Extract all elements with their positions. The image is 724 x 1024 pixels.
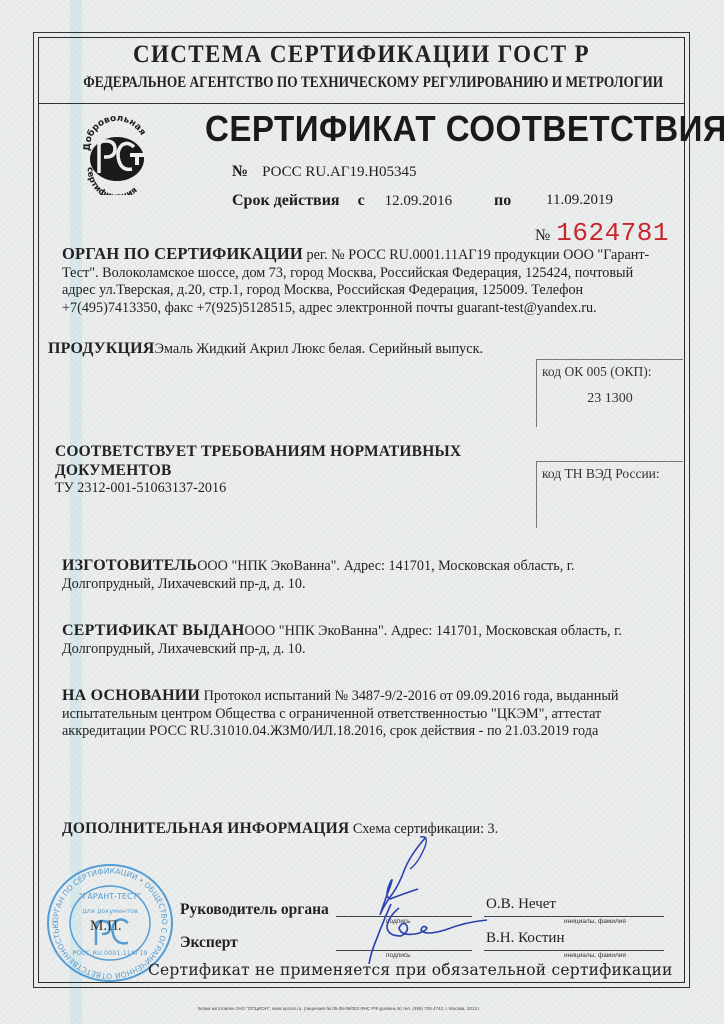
- validity-period: Срок действияс12.09.2016 по 11.09.2019: [232, 192, 452, 210]
- manufacturer-section: ИЗГОТОВИТЕЛЬООО "НПК ЭкоВанна". Адрес: 1…: [62, 557, 662, 593]
- head-name: О.В. Нечет: [486, 896, 556, 913]
- svg-text:"ГАРАНТ-ТЕСТ": "ГАРАНТ-ТЕСТ": [79, 892, 141, 901]
- number-sign: №: [232, 163, 248, 180]
- conformity-section: СООТВЕТСТВУЕТ ТРЕБОВАНИЯМ НОРМАТИВНЫХ ДО…: [55, 443, 545, 498]
- validity-label: Срок действия: [232, 192, 340, 209]
- issued-to-label: СЕРТИФИКАТ ВЫДАН: [62, 622, 245, 639]
- product-label: ПРОДУКЦИЯ: [48, 340, 155, 357]
- certification-body-label: ОРГАН ПО СЕРТИФИКАЦИИ: [62, 244, 303, 263]
- certificate-title: СЕРТИФИКАТ СООТВЕТСТВИЯ: [205, 108, 724, 150]
- blank-serial-number: №1624781: [535, 218, 669, 248]
- agency-name: ФЕДЕРАЛЬНОЕ АГЕНТСТВО ПО ТЕХНИЧЕСКОМУ РЕ…: [83, 74, 639, 92]
- certificate-number: №РОСС RU.АГ19.Н05345: [232, 163, 417, 181]
- okp-code-box: код ОК 005 (ОКП): 23 1300: [536, 359, 683, 427]
- expert-label: Эксперт: [180, 934, 238, 952]
- product-section: ПРОДУКЦИЯЭмаль Жидкий Акрил Люкс белая. …: [48, 340, 648, 359]
- conformity-label: СООТВЕТСТВУЕТ ТРЕБОВАНИЯМ НОРМАТИВНЫХ ДО…: [55, 443, 461, 479]
- additional-info-label: ДОПОЛНИТЕЛЬНАЯ ИНФОРМАЦИЯ: [62, 820, 349, 837]
- expert-signature-line: [336, 950, 472, 951]
- blank-number-sign: №: [535, 227, 550, 244]
- expert-name-caption: инициалы, фамилия: [564, 952, 626, 959]
- head-signature-caption: подпись: [386, 918, 411, 925]
- okp-code-value: 23 1300: [537, 391, 683, 407]
- head-of-body-label: Руководитель органа: [180, 901, 329, 919]
- printer-imprint: Бланк изготовлен ЗАО "ОПЦИОН", www.opcio…: [198, 1006, 481, 1011]
- svg-text:РОСС RU.0001.11АГ19: РОСС RU.0001.11АГ19: [72, 949, 147, 957]
- from-label: с: [358, 192, 365, 209]
- expert-signature-caption: подпись: [386, 952, 411, 959]
- to-date: 11.09.2019: [546, 192, 613, 209]
- stamp-place-label: М.П.: [90, 918, 122, 935]
- tnved-code-box: код ТН ВЭД России:: [536, 461, 683, 528]
- okp-code-label: код ОК 005 (ОКП):: [537, 360, 683, 380]
- head-name-line: [484, 916, 664, 917]
- expert-name: В.Н. Костин: [486, 930, 565, 947]
- issued-to-section: СЕРТИФИКАТ ВЫДАНООО "НПК ЭкоВанна". Адре…: [62, 622, 662, 658]
- expert-name-line: [484, 950, 664, 951]
- voluntary-only-note: Сертификат не применяется при обязательн…: [148, 961, 673, 979]
- rst-voluntary-certification-logo-icon: Добровольная сертификация: [82, 115, 152, 195]
- blank-number-value: 1624781: [556, 218, 669, 248]
- additional-info-section: ДОПОЛНИТЕЛЬНАЯ ИНФОРМАЦИЯ Схема сертифик…: [62, 820, 662, 839]
- additional-info-text: Схема сертификации: 3.: [353, 821, 498, 837]
- from-date: 12.09.2016: [385, 193, 453, 209]
- to-label: по: [494, 192, 511, 210]
- certificate-number-value: РОСС RU.АГ19.Н05345: [262, 164, 416, 180]
- conformity-text: ТУ 2312-001-51063137-2016: [55, 480, 226, 496]
- svg-text:для документов: для документов: [82, 907, 138, 915]
- basis-section: НА ОСНОВАНИИ Протокол испытаний № 3487-9…: [62, 687, 670, 741]
- head-signature-line: [336, 916, 472, 917]
- basis-label: НА ОСНОВАНИИ: [62, 687, 200, 704]
- header-divider: [38, 103, 685, 104]
- tnved-code-label: код ТН ВЭД России:: [537, 462, 683, 482]
- manufacturer-label: ИЗГОТОВИТЕЛЬ: [62, 557, 197, 574]
- system-title: СИСТЕМА СЕРТИФИКАЦИИ ГОСТ Р: [64, 41, 659, 69]
- product-text: Эмаль Жидкий Акрил Люкс белая. Серийный …: [155, 341, 483, 357]
- head-name-caption: инициалы, фамилия: [564, 918, 626, 925]
- certification-body-section: ОРГАН ПО СЕРТИФИКАЦИИ рег. № РОСС RU.000…: [62, 245, 662, 317]
